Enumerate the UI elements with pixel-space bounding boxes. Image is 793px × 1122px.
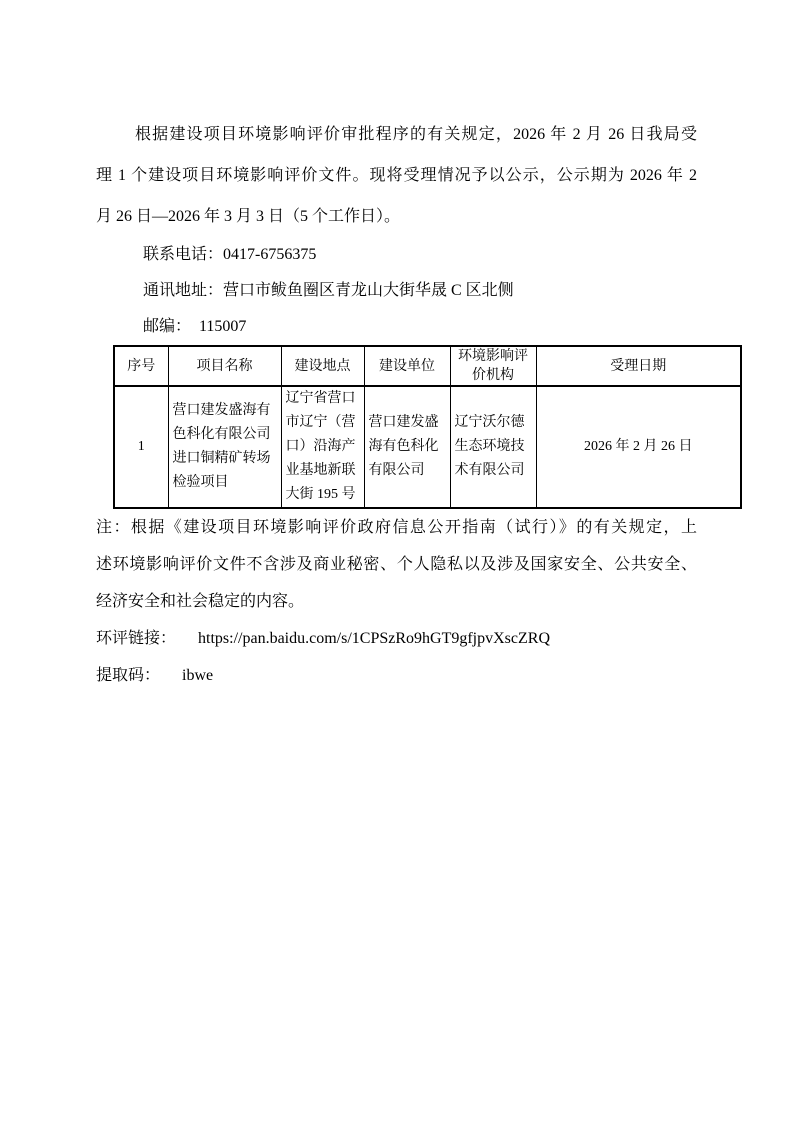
contact-address: 通讯地址：营口市鲅鱼圈区青龙山大街华晟 C 区北侧 — [96, 273, 697, 309]
col-header-seq: 序号 — [114, 346, 168, 386]
acceptance-table: 序号 项目名称 建设地点 建设单位 环境影响评价机构 受理日期 1 营口建发盛海… — [113, 345, 742, 509]
document-page: 根据建设项目环境影响评价审批程序的有关规定，2026 年 2 月 26 日我局受… — [0, 0, 793, 1122]
cell-location: 辽宁省营口市辽宁（营口）沿海产业基地新联大街 195 号 — [281, 386, 364, 508]
col-header-company: 建设单位 — [364, 346, 450, 386]
contact-postcode: 邮编： 115007 — [96, 309, 697, 345]
baidu-pan-link: https://pan.baidu.com/s/1CPSzRo9hGT9gfjp… — [198, 630, 550, 647]
table-row: 1 营口建发盛海有色科化有限公司进口铜精矿转场检验项目 辽宁省营口市辽宁（营口）… — [114, 386, 741, 508]
intro-line-2: 理 1 个建设项目环境影响评价文件。现将受理情况予以公示，公示期为 2026 年… — [96, 155, 697, 196]
extraction-code-value: ibwe — [182, 667, 213, 684]
contact-phone: 联系电话：0417-6756375 — [96, 237, 697, 273]
note-line-2: 述环境影响评价文件不含涉及商业秘密、个人隐私以及涉及国家安全、公共安全、 — [96, 546, 697, 583]
col-header-location: 建设地点 — [281, 346, 364, 386]
note-line-1: 注：根据《建设项目环境影响评价政府信息公开指南（试行）》的有关规定，上 — [96, 509, 697, 546]
cell-project-name: 营口建发盛海有色科化有限公司进口铜精矿转场检验项目 — [168, 386, 281, 508]
extraction-code-line: 提取码：ibwe — [96, 657, 793, 694]
contact-info: 联系电话：0417-6756375 通讯地址：营口市鲅鱼圈区青龙山大街华晟 C … — [96, 237, 697, 345]
cell-seq: 1 — [114, 386, 168, 508]
eia-link-label: 环评链接： — [96, 630, 176, 647]
cell-accept-date: 2026 年 2 月 26 日 — [536, 386, 741, 508]
intro-line-1: 根据建设项目环境影响评价审批程序的有关规定，2026 年 2 月 26 日我局受 — [96, 114, 697, 155]
note-paragraph: 注：根据《建设项目环境影响评价政府信息公开指南（试行）》的有关规定，上 述环境影… — [96, 509, 697, 620]
table-header-row: 序号 项目名称 建设地点 建设单位 环境影响评价机构 受理日期 — [114, 346, 741, 386]
col-header-accept-date: 受理日期 — [536, 346, 741, 386]
col-header-eia-agency: 环境影响评价机构 — [450, 346, 536, 386]
intro-line-3: 月 26 日—2026 年 3 月 3 日（5 个工作日）。 — [96, 196, 697, 237]
cell-eia-agency: 辽宁沃尔德生态环境技术有限公司 — [450, 386, 536, 508]
intro-paragraph: 根据建设项目环境影响评价审批程序的有关规定，2026 年 2 月 26 日我局受… — [96, 114, 697, 237]
cell-company: 营口建发盛海有色科化有限公司 — [364, 386, 450, 508]
extraction-code-label: 提取码： — [96, 667, 160, 684]
eia-link-line: 环评链接：https://pan.baidu.com/s/1CPSzRo9hGT… — [96, 620, 793, 657]
col-header-project-name: 项目名称 — [168, 346, 281, 386]
note-line-3: 经济安全和社会稳定的内容。 — [96, 583, 697, 620]
